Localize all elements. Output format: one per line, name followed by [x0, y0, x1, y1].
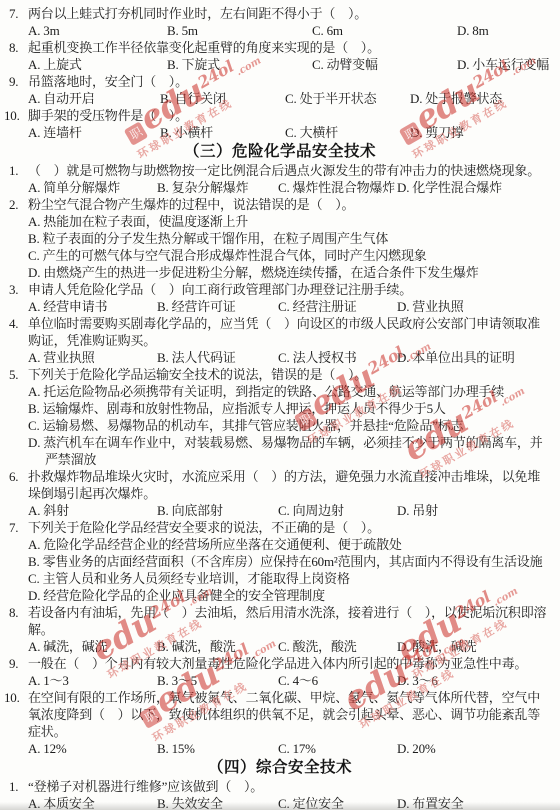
- option-d: D. 8m: [457, 22, 554, 39]
- question: 7. 下列关于危险化学品经营安全要求的说法，不正确的是（ ）。: [0, 519, 560, 536]
- question-number: 7.: [9, 5, 18, 22]
- options-row: A. 上旋式 B. 下旋式 C. 动臂变幅 D. 小车运行变幅: [0, 56, 560, 73]
- options-row: A. 营业执照 B. 法人代码证 C. 法人授权书 D. 本单位出具的证明: [0, 349, 560, 366]
- options-row: A. 1～3 B. 3～5 C. 4～6 D. 3～6: [0, 672, 560, 689]
- question-number: 7.: [9, 519, 18, 536]
- question-number: 9.: [9, 73, 18, 90]
- option-b: B. 向底部射: [157, 502, 278, 519]
- option-c: C. 法人授权书: [278, 349, 397, 366]
- option-d: D. 经营危险化学品的企业应具备健全的安全管理制度: [0, 587, 560, 604]
- section-heading: （四）综合安全技术: [0, 757, 560, 778]
- options-row: A. 斜射 B. 向底部射 C. 向周边射 D. 吊射: [0, 502, 560, 519]
- option-b: B. 3～5: [157, 672, 278, 689]
- option-b: B. 运输爆炸、剧毒和放射性物品，应指派专人押运，押运人员不得少于5人: [0, 400, 560, 417]
- options-row: A. 自动开启 B. 自行关闭 C. 处于半开状态 D. 处于报警状态: [0, 90, 560, 107]
- question-stem: （ ）就是可燃物与助燃物按一定比例混合后遇点火源发生的带有冲击力的快速燃烧现象。: [28, 163, 540, 178]
- question: 2. 粉尘空气混合物产生爆炸的过程中，说法错误的是（ ）。: [0, 196, 560, 213]
- scan-edge-shadow: [0, 802, 560, 810]
- question-number: 5.: [9, 366, 18, 383]
- question: 7. 两台以上蛙式打夯机同时作业时，左右间距不得小于（ ）。: [0, 5, 560, 22]
- option-a: A. 12%: [28, 740, 157, 757]
- question-number: 3.: [9, 281, 18, 298]
- option-d: D. 吊射: [397, 502, 554, 519]
- option-c: C. 6m: [312, 22, 457, 39]
- options-row: A. 碱洗，碱洗 B. 碱洗，酸洗 C. 酸洗，酸洗 D. 酸洗，碱洗: [0, 638, 560, 655]
- option-a: A. 1～3: [28, 672, 157, 689]
- option-d: D. 营业执照: [397, 298, 554, 315]
- options-block: A. 托运危险物品必须携带有关证明，到指定的铁路、公路交通、航运等部门办理手续 …: [0, 383, 560, 468]
- option-d: D. 小车运行变幅: [457, 56, 554, 73]
- option-c: C. 向周边射: [278, 502, 397, 519]
- option-a: A. 上旋式: [28, 56, 167, 73]
- question-stem: 申请人凭危险化学品（ ）向工商行政管理部门办理登记注册手续。: [28, 282, 412, 297]
- option-c: C. 运输易燃、易爆物品的机动车，其排气管应装阻火器，并悬挂“危险品”标志: [0, 417, 560, 434]
- question-stem: 下列关于危险化学品运输安全技术的说法，错误的是（ ）。: [28, 367, 367, 382]
- question: 9. 一般在（ ）个月内有较大剂量毒性危险化学品进入体内所引起的中毒称为亚急性中…: [0, 655, 560, 672]
- question-stem: “登梯子对机器进行维修”应该做到（ ）。: [28, 779, 263, 794]
- question-stem: 粉尘空气混合物产生爆炸的过程中，说法错误的是（ ）。: [28, 197, 354, 212]
- option-b: B. 法人代码证: [157, 349, 278, 366]
- option-d: D. 剪刀撑: [410, 124, 554, 141]
- option-c: C. 处于半开状态: [285, 90, 410, 107]
- question-number: 8.: [9, 604, 18, 621]
- option-b: B. 下旋式: [167, 56, 312, 73]
- options-block: A. 热能加在粒子表面，使温度逐渐上升 B. 粒子表面的分子发生热分解或干馏作用…: [0, 213, 560, 281]
- option-b: B. 自行关闭: [160, 90, 285, 107]
- question: 9. 吊篮落地时，安全门（ ）。: [0, 73, 560, 90]
- question: 4. 单位临时需要购买剧毒化学品的，应当凭（ ）向设区的市级人民政府公安部门申请…: [0, 315, 560, 349]
- question-stem: 一般在（ ）个月内有较大剂量毒性危险化学品进入体内所引起的中毒称为亚急性中毒。: [28, 656, 527, 671]
- option-c: C. 主管人员和业务人员须经专业培训，才能取得上岗资格: [0, 570, 560, 587]
- option-b: B. 碱洗，酸洗: [157, 638, 278, 655]
- question-stem: 扑救爆炸物品堆垛火灾时，水流应采用（ ）的方法，避免强力水流直接冲击堆垛，以免堆…: [28, 469, 540, 501]
- option-c: C. 17%: [278, 740, 397, 757]
- question-number: 6.: [9, 468, 18, 485]
- option-b: B. 15%: [157, 740, 278, 757]
- option-c: C. 爆炸性混合物爆炸: [278, 179, 397, 196]
- question: 10. 脚手架的受压物件是（ ）。: [0, 107, 560, 124]
- option-b: B. 5m: [167, 22, 312, 39]
- section-heading: （三）危险化学品安全技术: [0, 141, 560, 162]
- option-c: C. 4～6: [278, 672, 397, 689]
- options-row: A. 经营申请书 B. 经营许可证 C. 经营注册证 D. 营业执照: [0, 298, 560, 315]
- option-a: A. 3m: [28, 22, 167, 39]
- option-b: B. 复杂分解爆炸: [157, 179, 278, 196]
- option-a: A. 碱洗，碱洗: [28, 638, 157, 655]
- option-a: A. 简单分解爆炸: [28, 179, 157, 196]
- question: 8. 若设备内有油垢，先用（ ）去油垢，然后用清水洗涤，接着进行（ ），以使泥垢…: [0, 604, 560, 638]
- options-block: A. 危险化学品经营企业的经营场所应坐落在交通便利、便于疏散处 B. 零售业务的…: [0, 536, 560, 604]
- question-stem: 起重机变换工作半径依靠变化起重臂的角度来实现的是（ ）。: [28, 40, 380, 55]
- options-row: A. 12% B. 15% C. 17% D. 20%: [0, 740, 560, 757]
- question-number: 10.: [4, 107, 20, 124]
- option-c: C. 产生的可燃气体与空气混合形成爆炸性混合气体，同时产生闪燃现象: [0, 247, 560, 264]
- option-b: B. 零售业务的店面经营面积（不含库房）应保持在60m²范围内，其店面内不得设有…: [0, 553, 560, 570]
- question-number: 8.: [9, 39, 18, 56]
- option-c: C. 经营注册证: [278, 298, 397, 315]
- question-stem: 两台以上蛙式打夯机同时作业时，左右间距不得小于（ ）。: [28, 6, 367, 21]
- option-a: A. 热能加在粒子表面，使温度逐渐上升: [0, 213, 560, 230]
- option-d: D. 处于报警状态: [410, 90, 554, 107]
- options-row: A. 3m B. 5m C. 6m D. 8m: [0, 22, 560, 39]
- options-row: A. 连墙杆 B. 小横杆 C. 大横杆 D. 剪刀撑: [0, 124, 560, 141]
- option-d: D. 由燃烧产生的热进一步促进粉尘分解，燃烧连续传播，在适合条件下发生爆炸: [0, 264, 560, 281]
- option-b: B. 小横杆: [160, 124, 285, 141]
- question: 10. 在空间有限的工作场所，氧气被氮气、二氧化碳、甲烷、氢气、氦气等气体所代替…: [0, 689, 560, 740]
- option-a: A. 经营申请书: [28, 298, 157, 315]
- option-d: D. 酸洗，碱洗: [397, 638, 554, 655]
- option-d: D. 蒸汽机车在调车作业中，对装载易燃、易爆物品的车辆，必须挂不少于两节的隔离车…: [0, 434, 560, 468]
- option-a: A. 营业执照: [28, 349, 157, 366]
- option-c: C. 酸洗，酸洗: [278, 638, 397, 655]
- question-stem: 若设备内有油垢，先用（ ）去油垢，然后用清水洗涤，接着进行（ ），以使泥垢沉积即…: [28, 605, 546, 637]
- question-stem: 在空间有限的工作场所，氧气被氮气、二氧化碳、甲烷、氢气、氦气等气体所代替，空气中…: [28, 690, 540, 739]
- question-number: 1.: [9, 778, 18, 795]
- option-d: D. 本单位出具的证明: [397, 349, 554, 366]
- question: 6. 扑救爆炸物品堆垛火灾时，水流应采用（ ）的方法，避免强力水流直接冲击堆垛，…: [0, 468, 560, 502]
- option-b: B. 粒子表面的分子发生热分解或干馏作用，在粒子周围产生气体: [0, 230, 560, 247]
- question: 1. （ ）就是可燃物与助燃物按一定比例混合后遇点火源发生的带有冲击力的快速燃烧…: [0, 162, 560, 179]
- option-c: C. 大横杆: [285, 124, 410, 141]
- question-number: 4.: [9, 315, 18, 332]
- question-stem: 下列关于危险化学品经营安全要求的说法，不正确的是（ ）。: [28, 520, 380, 535]
- option-a: A. 危险化学品经营企业的经营场所应坐落在交通便利、便于疏散处: [0, 536, 560, 553]
- question-number: 2.: [9, 196, 18, 213]
- exam-content: 7. 两台以上蛙式打夯机同时作业时，左右间距不得小于（ ）。 A. 3m B. …: [0, 0, 560, 810]
- scanned-exam-page: 7. 两台以上蛙式打夯机同时作业时，左右间距不得小于（ ）。 A. 3m B. …: [0, 0, 560, 810]
- option-a: A. 托运危险物品必须携带有关证明，到指定的铁路、公路交通、航运等部门办理手续: [0, 383, 560, 400]
- question: 3. 申请人凭危险化学品（ ）向工商行政管理部门办理登记注册手续。: [0, 281, 560, 298]
- option-d: D. 20%: [397, 740, 554, 757]
- option-c: C. 动臂变幅: [312, 56, 457, 73]
- question-stem: 吊篮落地时，安全门（ ）。: [28, 74, 188, 89]
- option-d: D. 3～6: [397, 672, 554, 689]
- option-a: A. 自动开启: [28, 90, 160, 107]
- option-a: A. 斜射: [28, 502, 157, 519]
- question-number: 1.: [9, 162, 18, 179]
- question-number: 9.: [9, 655, 18, 672]
- option-b: B. 经营许可证: [157, 298, 278, 315]
- question: 5. 下列关于危险化学品运输安全技术的说法，错误的是（ ）。: [0, 366, 560, 383]
- question-stem: 单位临时需要购买剧毒化学品的，应当凭（ ）向设区的市级人民政府公安部门申请领取准…: [28, 316, 540, 348]
- option-a: A. 连墙杆: [28, 124, 160, 141]
- option-d: D. 化学性混合爆炸: [397, 179, 554, 196]
- options-row: A. 简单分解爆炸 B. 复杂分解爆炸 C. 爆炸性混合物爆炸 D. 化学性混合…: [0, 179, 560, 196]
- question: 8. 起重机变换工作半径依靠变化起重臂的角度来实现的是（ ）。: [0, 39, 560, 56]
- question-stem: 脚手架的受压物件是（ ）。: [28, 108, 188, 123]
- question: 1. “登梯子对机器进行维修”应该做到（ ）。: [0, 778, 560, 795]
- question-number: 10.: [4, 689, 20, 706]
